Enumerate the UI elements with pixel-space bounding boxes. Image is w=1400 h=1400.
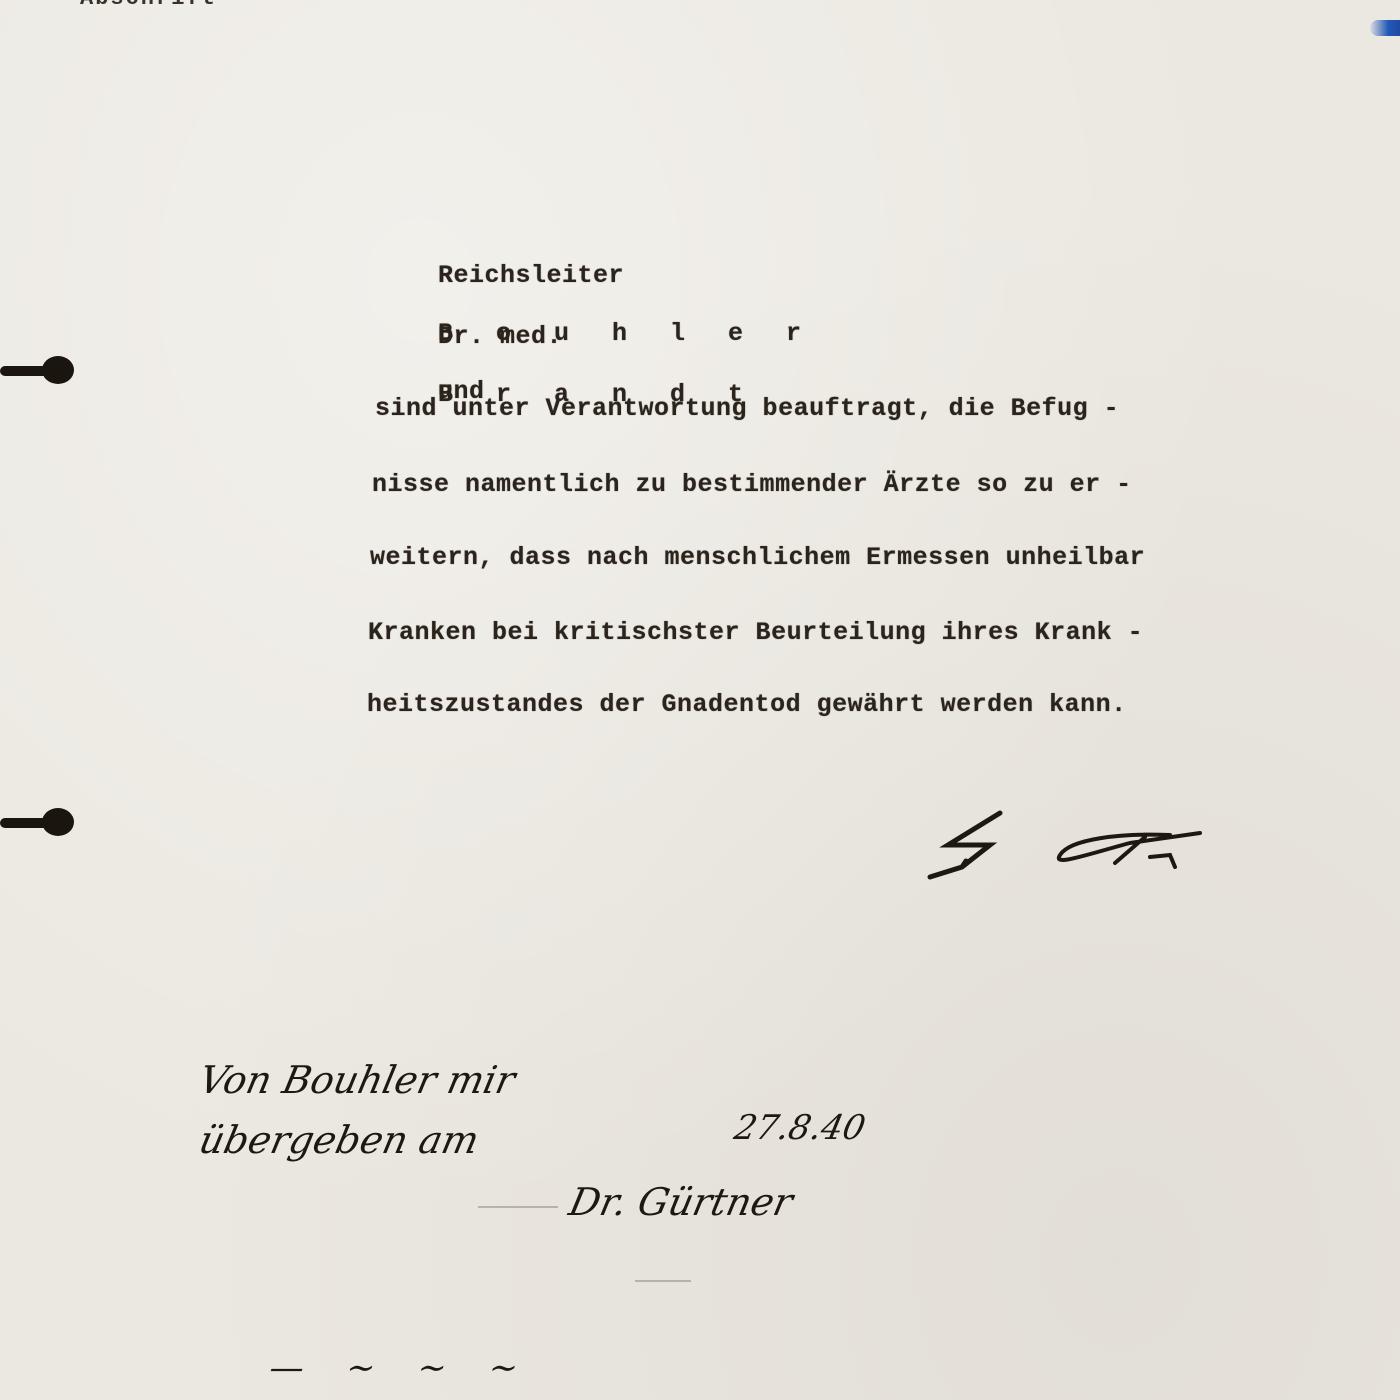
body-line: weitern, dass nach menschlichem Ermessen… [370, 543, 1145, 572]
handwritten-date: 27.8.40 [731, 1108, 869, 1148]
pencil-dash [635, 1280, 691, 1282]
signature-mark [920, 805, 1230, 885]
handwritten-note-line-1: Von Bouhler mir [195, 1058, 519, 1102]
body-line: Kranken bei kritischster Beurteilung ihr… [368, 618, 1143, 647]
punch-hole-icon [0, 356, 76, 386]
cropped-bottom-scribble: — ~ ~ ~ [266, 1348, 538, 1388]
pencil-dash [478, 1206, 558, 1208]
handwritten-note-line-2: übergeben am [195, 1118, 483, 1162]
cropped-header-text: Abschrift [80, 0, 217, 11]
handwritten-signature-guertner: Dr. Gürtner [565, 1180, 796, 1224]
addressee-title: Dr. med. [438, 322, 562, 351]
body-line: heitszustandes der Gnadentod gewährt wer… [367, 690, 1127, 719]
blue-ink-mark [1370, 20, 1400, 36]
body-line: sind unter Verantwortung beauftragt, die… [375, 394, 1119, 423]
addressee-title: Reichsleiter [438, 261, 624, 290]
punch-hole-icon [0, 808, 76, 838]
body-line: nisse namentlich zu bestimmender Ärzte s… [372, 470, 1132, 499]
